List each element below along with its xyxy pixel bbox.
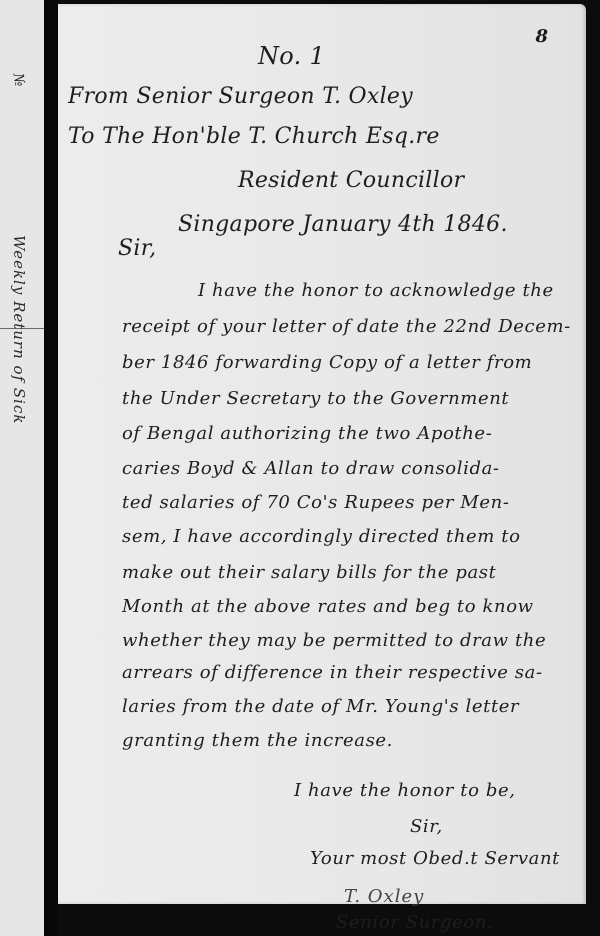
letter-number: No. 1 (258, 42, 325, 70)
salutation: Sir, (118, 236, 156, 261)
signature-title: Senior Surgeon. (336, 912, 493, 933)
body-line: sem, I have accordingly directed them to (122, 526, 521, 547)
recipient-title: Resident Councillor (238, 168, 464, 193)
signature: T. Oxley (344, 886, 424, 907)
body-line: caries Boyd & Allan to draw consolida- (122, 458, 500, 479)
body-line: laries from the date of Mr. Young's lett… (122, 696, 519, 717)
body-line: of Bengal authorizing the two Apothe- (122, 423, 492, 444)
body-line: whether they may be permitted to draw th… (122, 630, 546, 651)
facing-page-mark: № (10, 72, 28, 88)
body-line: granting them the increase. (122, 730, 393, 751)
page-number: 8 (535, 26, 548, 47)
closing-sir: Sir, (410, 816, 443, 837)
facing-page-margin-note: Weekly Return of Sick (10, 235, 27, 424)
to-line: To The Hon'ble T. Church Esq.re (68, 124, 440, 149)
body-line: ber 1846 forwarding Copy of a letter fro… (122, 352, 532, 373)
letter-page: 8 No. 1 From Senior Surgeon T. Oxley To … (58, 4, 586, 904)
book-gutter (44, 0, 58, 936)
facing-page-edge: № Weekly Return of Sick (0, 0, 45, 936)
body-line: I have the honor to acknowledge the (198, 280, 554, 301)
body-line: receipt of your letter of date the 22nd … (122, 316, 571, 337)
closing-line: I have the honor to be, (294, 780, 516, 801)
from-line: From Senior Surgeon T. Oxley (68, 84, 413, 109)
body-line: arrears of difference in their respectiv… (122, 662, 543, 683)
valediction: Your most Obed.t Servant (310, 848, 560, 869)
body-line: ted salaries of 70 Co's Rupees per Men- (122, 492, 510, 513)
place-date: Singapore January 4th 1846. (178, 212, 508, 237)
body-line: make out their salary bills for the past (122, 562, 496, 583)
body-line: the Under Secretary to the Government (122, 388, 509, 409)
body-line: Month at the above rates and beg to know (122, 596, 534, 617)
